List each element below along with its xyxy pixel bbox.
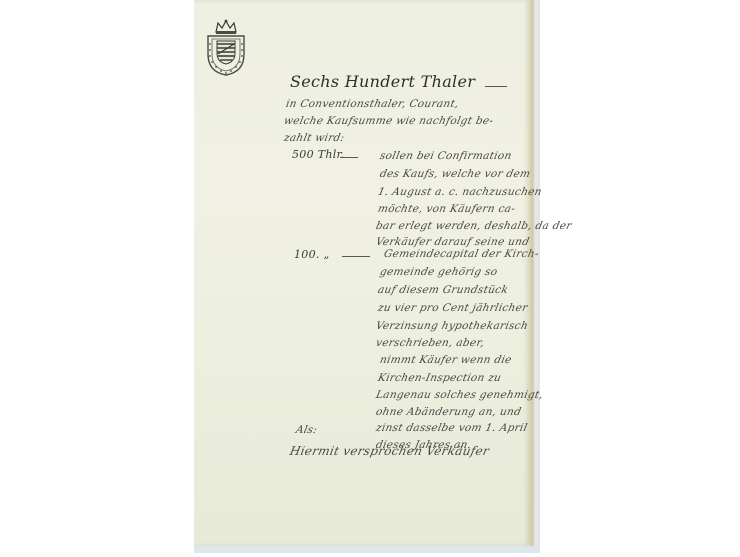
entry-line: verschrieben, aber, xyxy=(375,337,486,349)
entry-line: zinst dasselbe vom 1. April xyxy=(375,422,529,434)
title-trailing-dash xyxy=(485,86,507,87)
entry-line: des Kaufs, welche vor dem xyxy=(379,168,532,180)
closing-line: Hiermit versprochen Verkäufer xyxy=(289,444,491,458)
document-title: Sechs Hundert Thaler xyxy=(290,72,475,91)
entry-dash xyxy=(342,256,370,257)
entry-dash xyxy=(340,157,358,158)
entry-line: Verzinsung hypothekarisch xyxy=(375,320,530,332)
entry-line: 1. August a. c. nachzusuchen xyxy=(377,186,543,198)
intro-line: welche Kaufsumme wie nachfolgt be- xyxy=(283,115,495,127)
entry-line: Kirchen-Inspection zu xyxy=(377,372,503,384)
entry-line: zu vier pro Cent jährlicher xyxy=(377,302,529,314)
entry-line: gemeinde gehörig so xyxy=(379,266,499,278)
entry-line: Gemeindecapital der Kirch- xyxy=(383,248,540,260)
entry-amount: 100. „ xyxy=(294,248,330,261)
entry-line: möchte, von Käufern ca- xyxy=(377,203,517,215)
document-scan: Sechs Hundert Thaler in Conventionsthale… xyxy=(0,0,740,557)
entry-line: bar erlegt werden, deshalb, da der xyxy=(375,220,573,232)
intro-line: zahlt wird: xyxy=(283,132,346,144)
entry-line: ohne Abänderung an, und xyxy=(375,406,523,418)
entry-line: auf diesem Grundstück xyxy=(377,284,510,296)
page-bottom-edge xyxy=(194,546,540,553)
entry-line: nimmt Käufer wenn die xyxy=(379,354,513,366)
page-binding-edge xyxy=(532,0,540,548)
intro-line: in Conventionsthaler, Courant, xyxy=(285,98,460,110)
entry-line: sollen bei Confirmation xyxy=(379,150,513,162)
entry-amount: 500 Thlr. xyxy=(292,148,345,161)
entry-line: Langenau solches genehmigt, xyxy=(375,389,545,401)
closing-label: Als: xyxy=(295,424,319,436)
entry-line: Verkäufer darauf seine und xyxy=(375,236,531,248)
coat-of-arms-stamp-icon xyxy=(204,18,248,78)
